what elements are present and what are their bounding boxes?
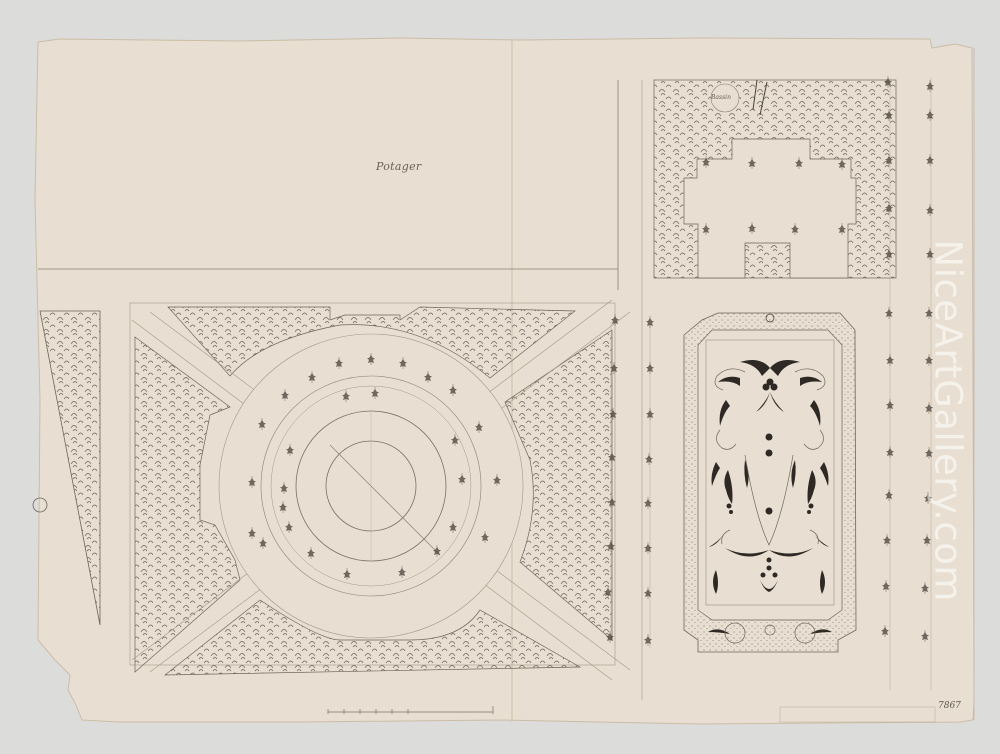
watermark-text: NiceArtGallery.com: [927, 240, 970, 560]
catalog-number: 7867: [938, 701, 961, 711]
potager-label: Potager: [376, 160, 421, 173]
parterre-de-broderie: [684, 313, 856, 652]
stepped-bosquet: [654, 80, 896, 278]
bassin-label: Bassin: [711, 94, 731, 101]
artwork-scan: [0, 0, 1000, 754]
garden-plan-drawing: [0, 0, 1000, 754]
